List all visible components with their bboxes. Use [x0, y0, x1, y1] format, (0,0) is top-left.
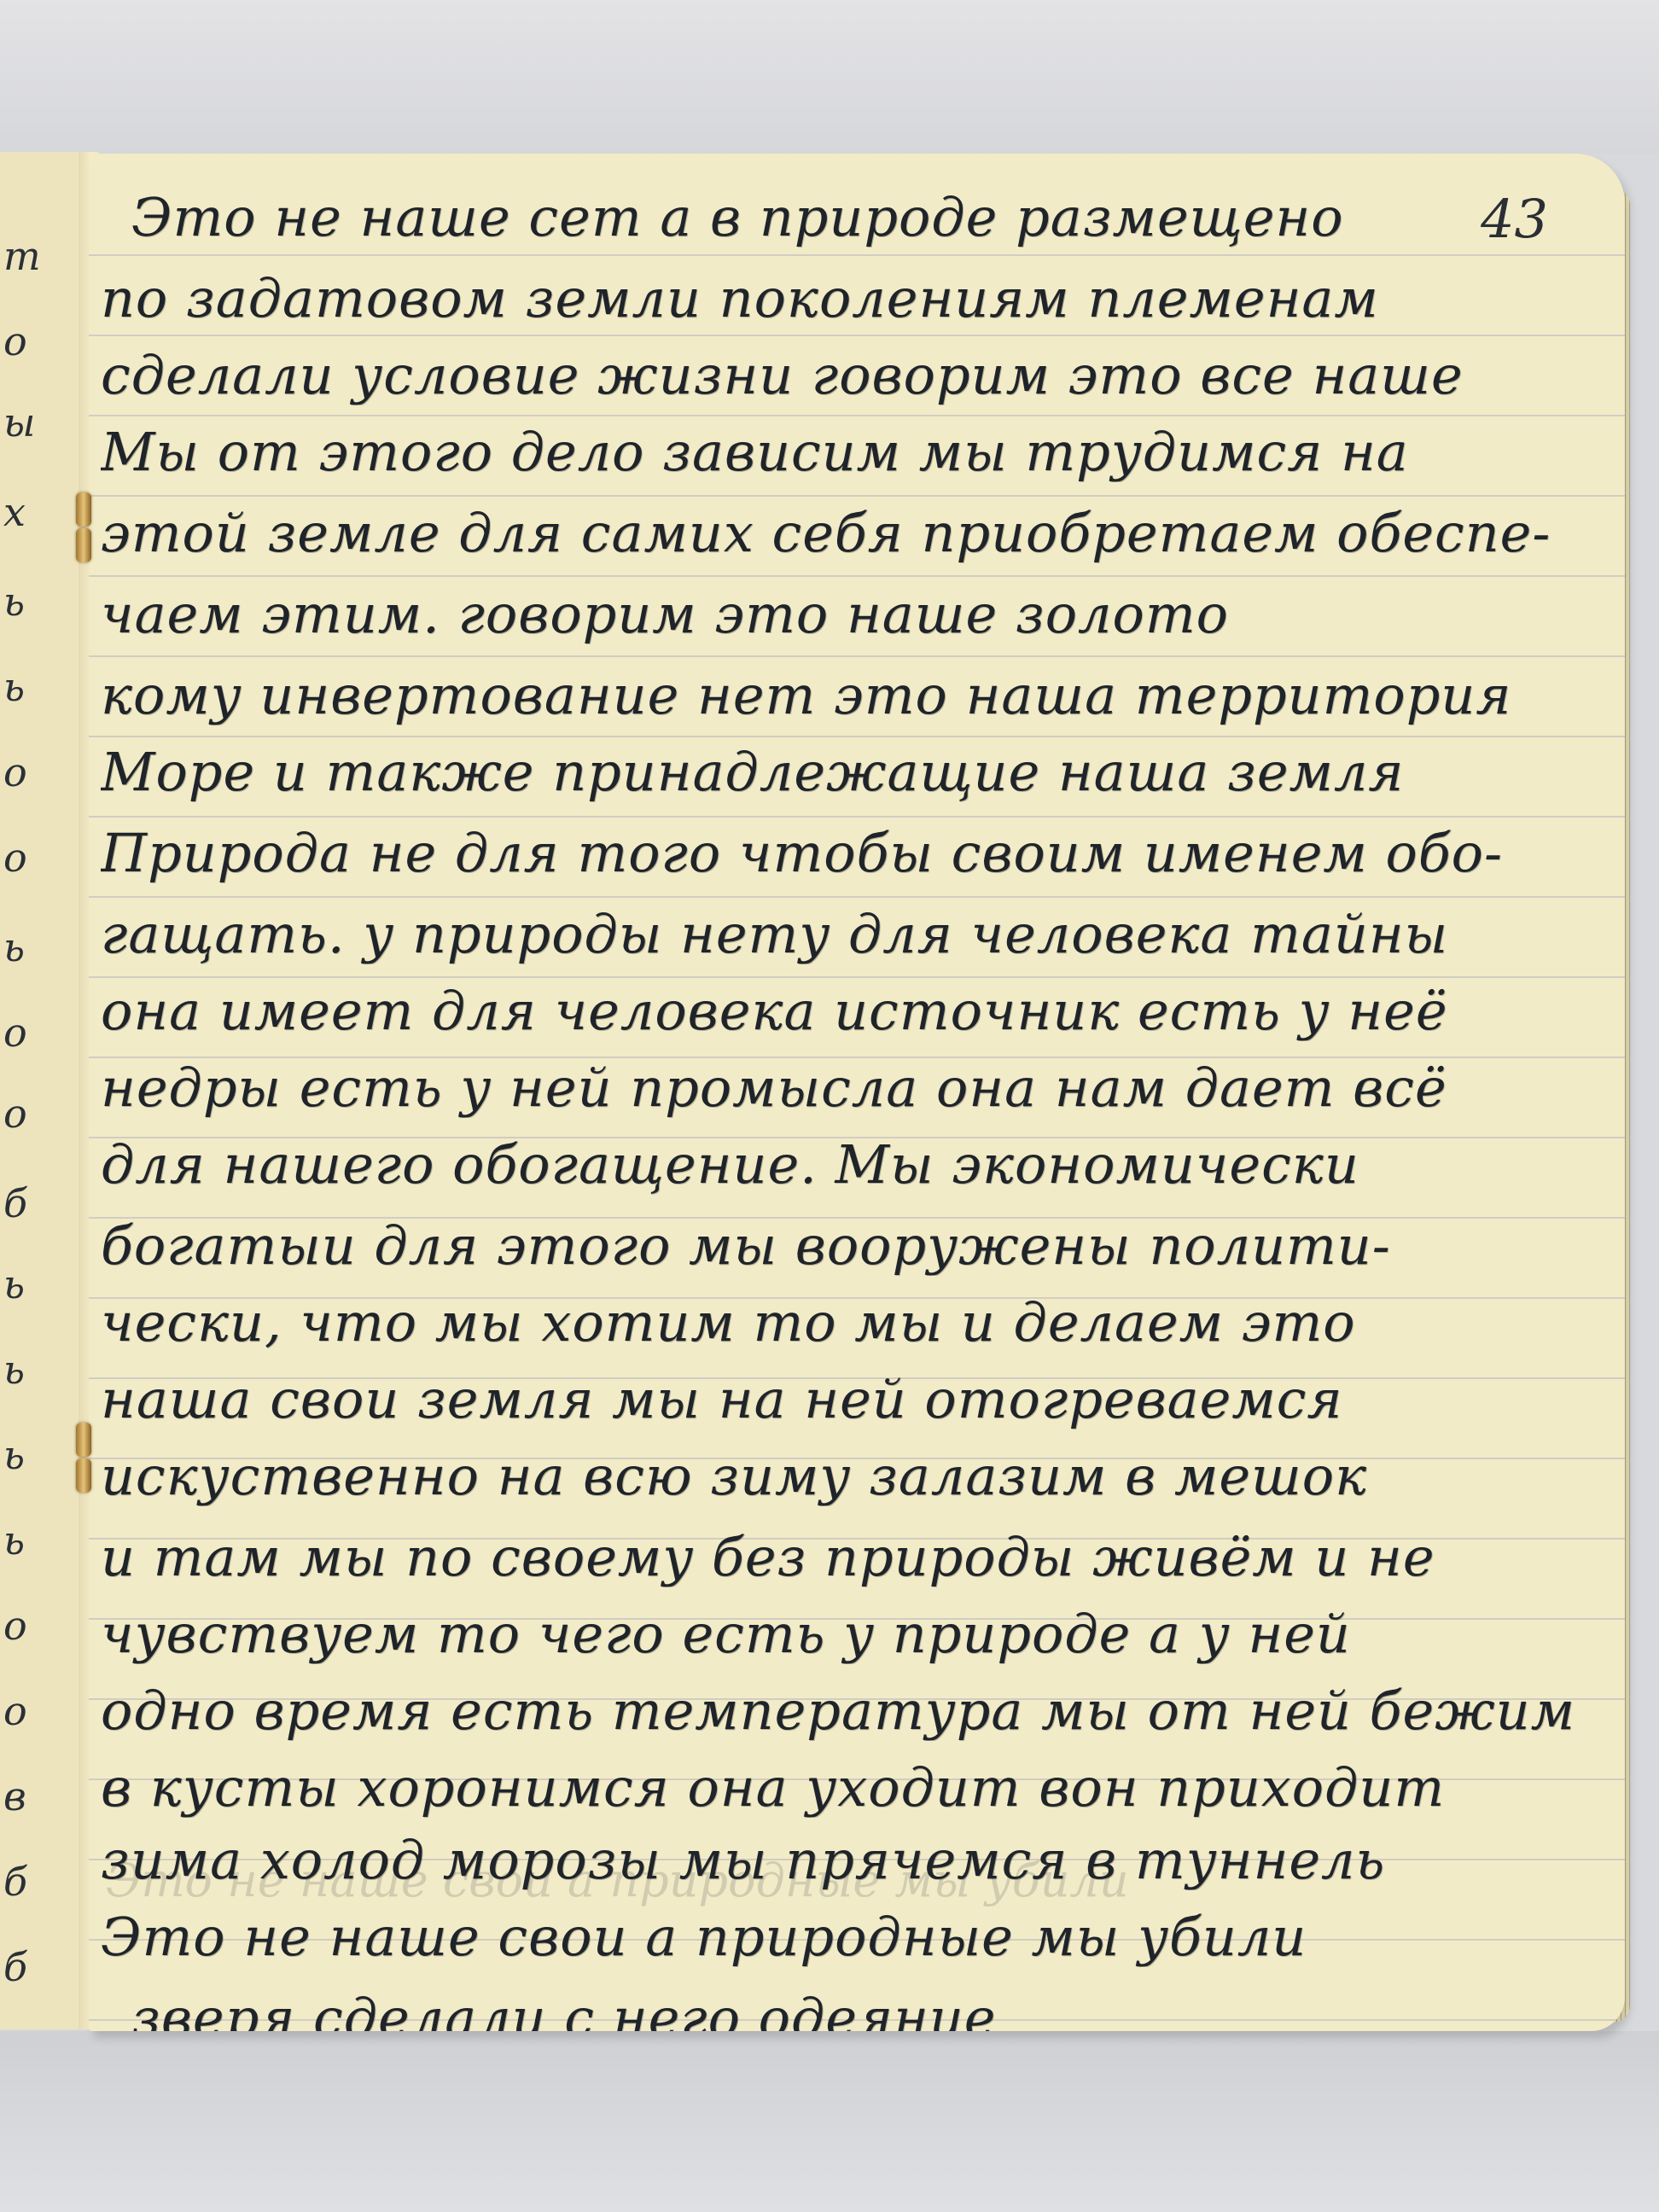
margin-char: ь: [3, 1347, 25, 1393]
staple-bottom-leg: [76, 1458, 91, 1493]
text-line: богатыи для этого мы вооружены полити-: [101, 1216, 1603, 1276]
handwritten-text: Это не наше сет а в природе размещено по…: [89, 154, 1625, 2031]
margin-char: б: [3, 1180, 27, 1226]
text-line: сделали условие жизни говорим это все на…: [101, 346, 1603, 405]
text-line: искуственно на всю зиму залазим в мешок: [101, 1447, 1603, 1506]
text-line: Море и также принадлежащие наша земля: [101, 742, 1603, 802]
margin-char: ь: [3, 664, 25, 710]
text-line: и там мы по своему без природы живём и н…: [101, 1528, 1603, 1587]
notebook-page: 43 Это не наше свои а природные мы убили…: [89, 154, 1625, 2031]
staple-top-leg: [76, 1423, 91, 1457]
margin-char: о: [3, 1010, 27, 1056]
text-line: Это не наше сет а в природе размещено: [131, 188, 1625, 247]
text-line: одно время есть температура мы от ней бе…: [101, 1681, 1603, 1741]
text-line: чаем этим. говорим это наше золото: [101, 585, 1603, 644]
staple-top-leg: [76, 492, 91, 527]
margin-char: ь: [3, 579, 25, 625]
text-line: она имеет для человека источник есть у н…: [101, 981, 1603, 1041]
text-line: Мы от этого дело зависим мы трудимся на: [101, 422, 1603, 482]
text-line: этой земле для самих себя приобретаем об…: [101, 504, 1603, 563]
text-line: чески, что мы хотим то мы и делаем это: [101, 1293, 1603, 1353]
margin-char: т: [3, 233, 41, 279]
text-line: зима холод морозы мы прячемся в туннель: [101, 1831, 1603, 1890]
margin-char: в: [3, 1773, 26, 1819]
staple-bottom-leg: [76, 528, 91, 562]
margin-char: ь: [3, 924, 25, 970]
text-line: наша свои земля мы на ней отогреваемся: [101, 1370, 1603, 1429]
binding-staple: [72, 491, 96, 568]
margin-char: ь: [3, 1261, 25, 1307]
margin-char: ь: [3, 1432, 25, 1478]
margin-char: о: [3, 749, 27, 795]
text-line: гащать. у природы нету для человека тайн…: [101, 905, 1603, 964]
text-line: недры есть у ней промысла она нам дает в…: [101, 1058, 1603, 1118]
text-line: кому инвертование нет это наша территори…: [101, 666, 1603, 725]
margin-char: х: [3, 489, 26, 535]
margin-char: ы: [3, 399, 35, 445]
photo-backdrop-bottom: [0, 2031, 1659, 2212]
margin-char: о: [3, 318, 27, 364]
text-line: зверя сделали с него одеяние: [131, 1988, 1625, 2031]
binding-staple: [72, 1421, 96, 1498]
margin-char: о: [3, 1091, 27, 1137]
text-line: в кусты хоронимся она уходит вон приходи…: [101, 1758, 1603, 1818]
text-line: Это не наше свои а природные мы убили: [101, 1907, 1603, 1967]
text-line: для нашего обогащение. Мы экономически: [101, 1135, 1603, 1195]
margin-char: ь: [3, 1517, 25, 1563]
text-line: Природа не для того чтобы своим именем о…: [101, 824, 1603, 883]
margin-char: о: [3, 1603, 27, 1649]
margin-char: о: [3, 1688, 27, 1734]
photo-backdrop-top: [0, 0, 1659, 154]
margin-char: о: [3, 835, 27, 881]
previous-page-edge: т о ы х ь ь о о ь о о б ь ь ь ь о о в б …: [0, 152, 86, 2029]
margin-char: б: [3, 1859, 27, 1905]
text-line: чувствуем то чего есть у природе а у ней: [101, 1604, 1603, 1664]
text-line: по задатовом земли поколениям племенам: [101, 269, 1603, 329]
margin-char: б: [3, 1944, 27, 1990]
